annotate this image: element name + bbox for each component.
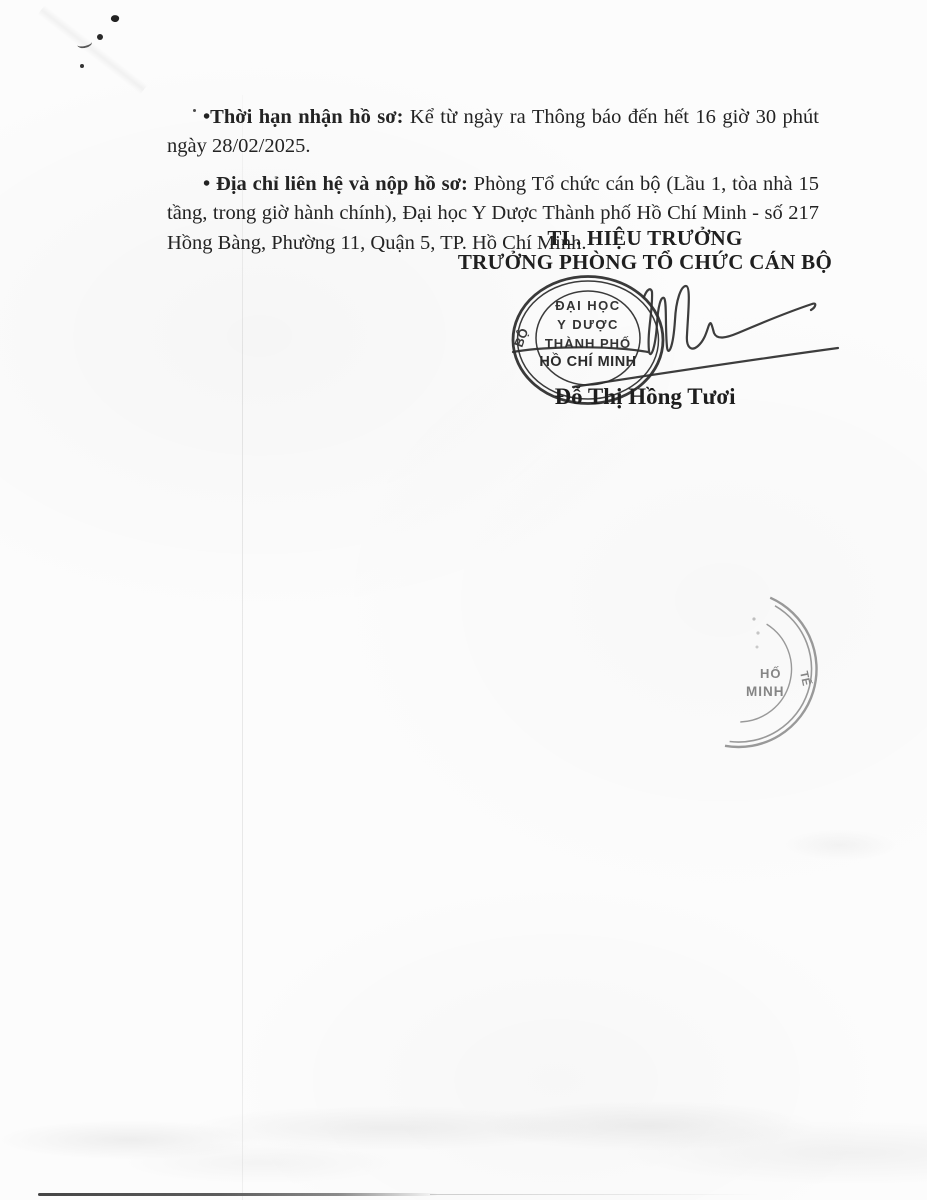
partial-seal-fragment-line3: HỐ: [760, 666, 782, 681]
partial-seal-speck: [752, 617, 755, 620]
paper-crease-mark: [38, 5, 148, 94]
signature-main-stroke: [644, 286, 815, 354]
signature-title-line1: TL. HIỆU TRƯỞNG: [420, 226, 870, 251]
bottom-scan-line-faint: [430, 1194, 760, 1195]
fold-line: [242, 95, 243, 1200]
signer-name: Đỗ Thị Hồng Tươi: [480, 384, 810, 410]
paragraph-deadline: •Thời hạn nhận hồ sơ: Kể từ ngày ra Thôn…: [167, 103, 819, 162]
ink-speck: [97, 34, 103, 40]
partial-seal-speck: [756, 646, 759, 649]
paragraph-deadline-label: •Thời hạn nhận hồ sơ:: [203, 106, 403, 128]
signature-lower-stroke: [573, 348, 838, 387]
bottom-smudge-band: [0, 1098, 927, 1198]
bottom-scan-line: [38, 1193, 438, 1196]
ink-speck: [80, 64, 84, 68]
partial-seal-speck: [756, 631, 759, 634]
partial-seal-fragment-ring: TẾ: [797, 670, 813, 687]
scanned-document-page: •Thời hạn nhận hồ sơ: Kể từ ngày ra Thôn…: [0, 0, 927, 1200]
ink-speck: [110, 14, 120, 23]
partial-seal: HỐ MINH TẾ: [640, 572, 830, 787]
partial-seal-fragment-line4: MINH: [746, 684, 785, 699]
signature-cross-stroke: [513, 347, 648, 352]
scan-smudge: [760, 815, 920, 875]
paragraph-address-label: • Địa chỉ liên hệ và nộp hồ sơ:: [203, 173, 468, 195]
